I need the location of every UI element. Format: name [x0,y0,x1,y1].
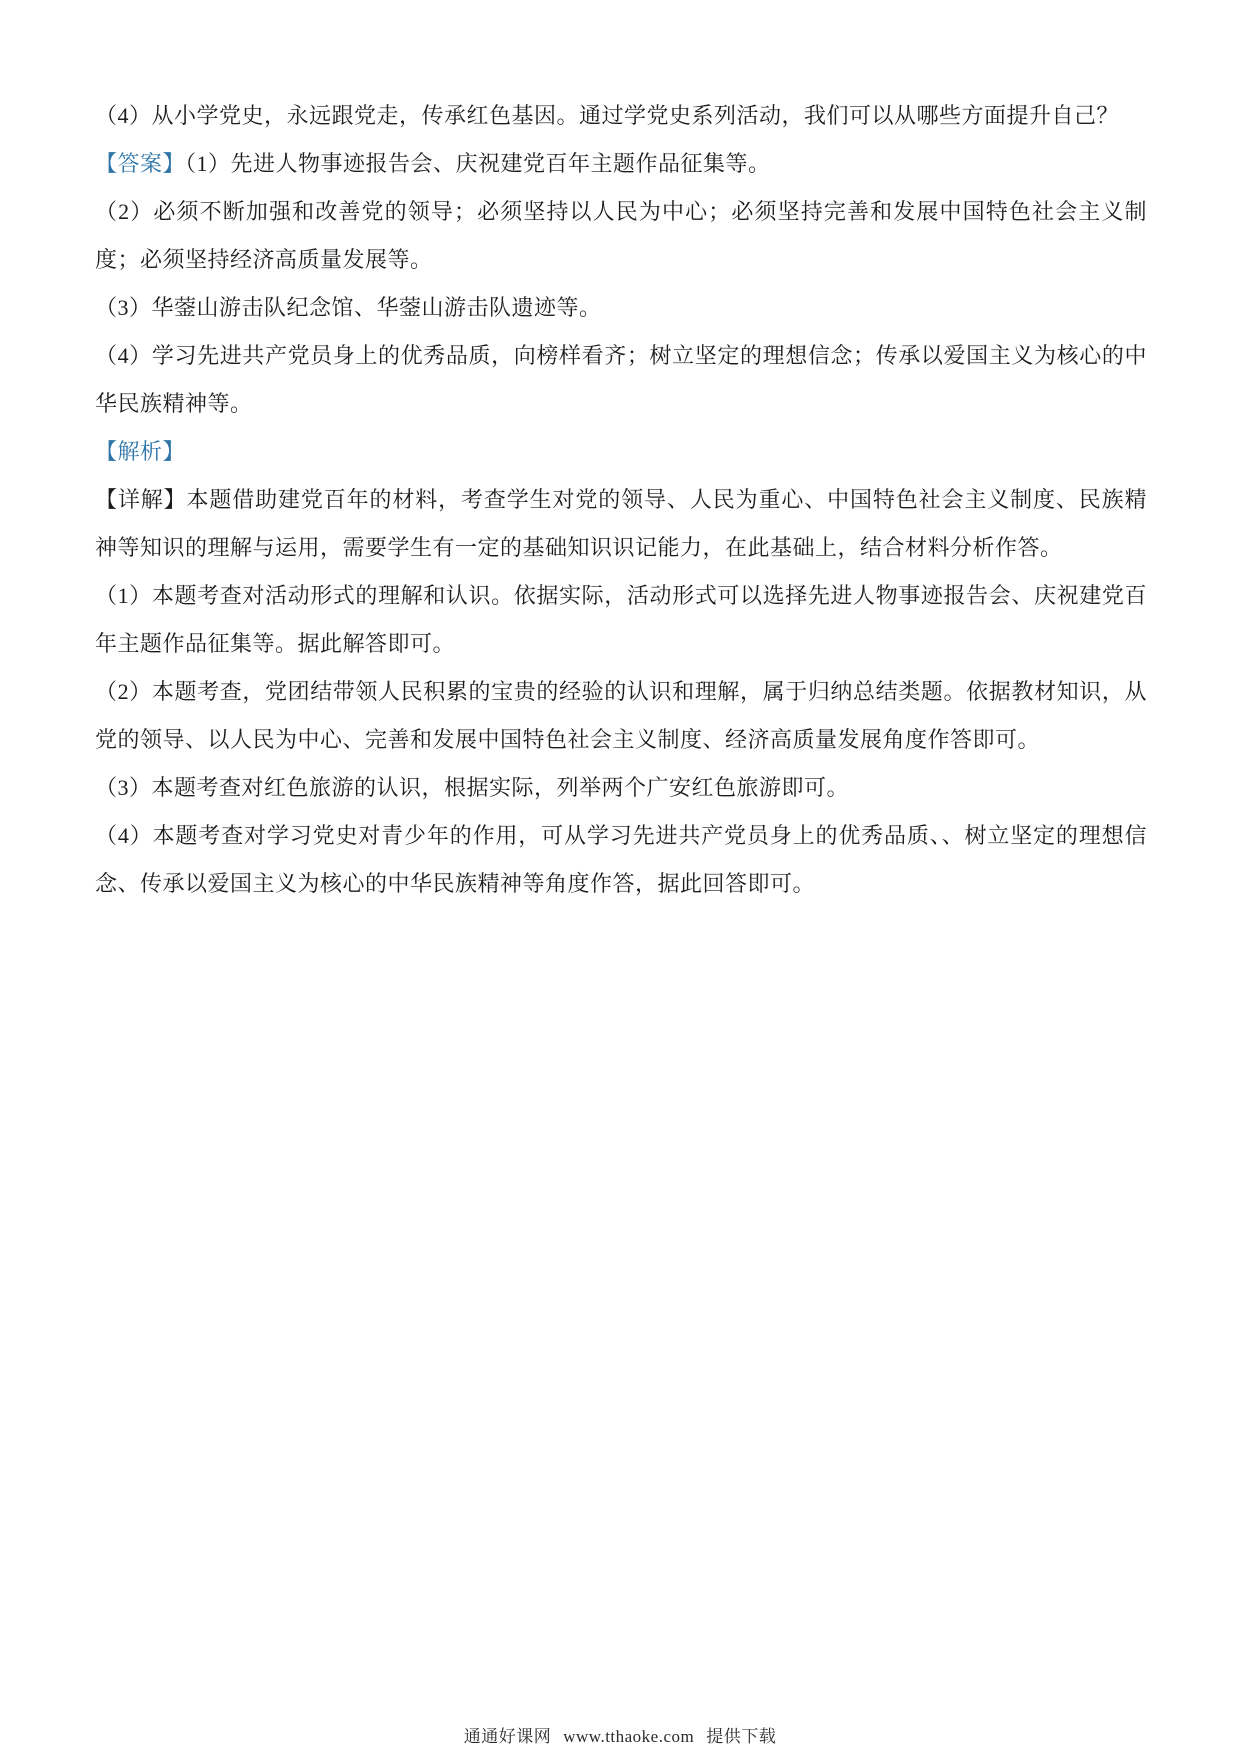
answer-item-1: 【答案】（1）先进人物事迹报告会、庆祝建党百年主题作品征集等。 [95,140,1147,188]
footer-suffix: 提供下载 [706,1727,776,1746]
detail-label: 【详解】 [95,487,187,512]
footer-site-name: 通通好课网 [464,1727,552,1746]
detail-intro: 【详解】本题借助建党百年的材料，考查学生对党的领导、人民为重心、中国特色社会主义… [95,476,1147,572]
question-text: （4）从小学党史，永远跟党走，传承红色基因。通过学党史系列活动，我们可以从哪些方… [95,92,1147,140]
detail-item-1: （1）本题考查对活动形式的理解和认识。依据实际，活动形式可以选择先进人物事迹报告… [95,572,1147,668]
footer-credit: 通通好课网www.tthaoke.com提供下载 [0,1722,1240,1747]
detail-item-4: （4）本题考查对学习党史对青少年的作用，可从学习先进共产党员身上的优秀品质、、树… [95,812,1147,908]
detail-item-3: （3）本题考查对红色旅游的认识，根据实际，列举两个广安红色旅游即可。 [95,764,1147,812]
analysis-label: 【解析】 [95,439,185,464]
answer-item-3: （3）华蓥山游击队纪念馆、华蓥山游击队遗迹等。 [95,284,1147,332]
document-page: （4）从小学党史，永远跟党走，传承红色基因。通过学党史系列活动，我们可以从哪些方… [0,0,1240,1754]
answer-item-1-text: （1）先进人物事迹报告会、庆祝建党百年主题作品征集等。 [185,151,771,176]
answer-item-4: （4）学习先进共产党员身上的优秀品质，向榜样看齐；树立坚定的理想信念；传承以爱国… [95,332,1147,428]
detail-intro-text: 本题借助建党百年的材料，考查学生对党的领导、人民为重心、中国特色社会主义制度、民… [95,487,1147,560]
analysis-label-line: 【解析】 [95,428,1147,476]
footer-url: www.tthaoke.com [563,1727,694,1746]
document-body: （4）从小学党史，永远跟党走，传承红色基因。通过学党史系列活动，我们可以从哪些方… [95,92,1147,908]
detail-item-2: （2）本题考查，党团结带领人民积累的宝贵的经验的认识和理解，属于归纳总结类题。依… [95,668,1147,764]
answer-label: 【答案】 [95,151,185,176]
answer-item-2: （2）必须不断加强和改善党的领导；必须坚持以人民为中心；必须坚持完善和发展中国特… [95,188,1147,284]
